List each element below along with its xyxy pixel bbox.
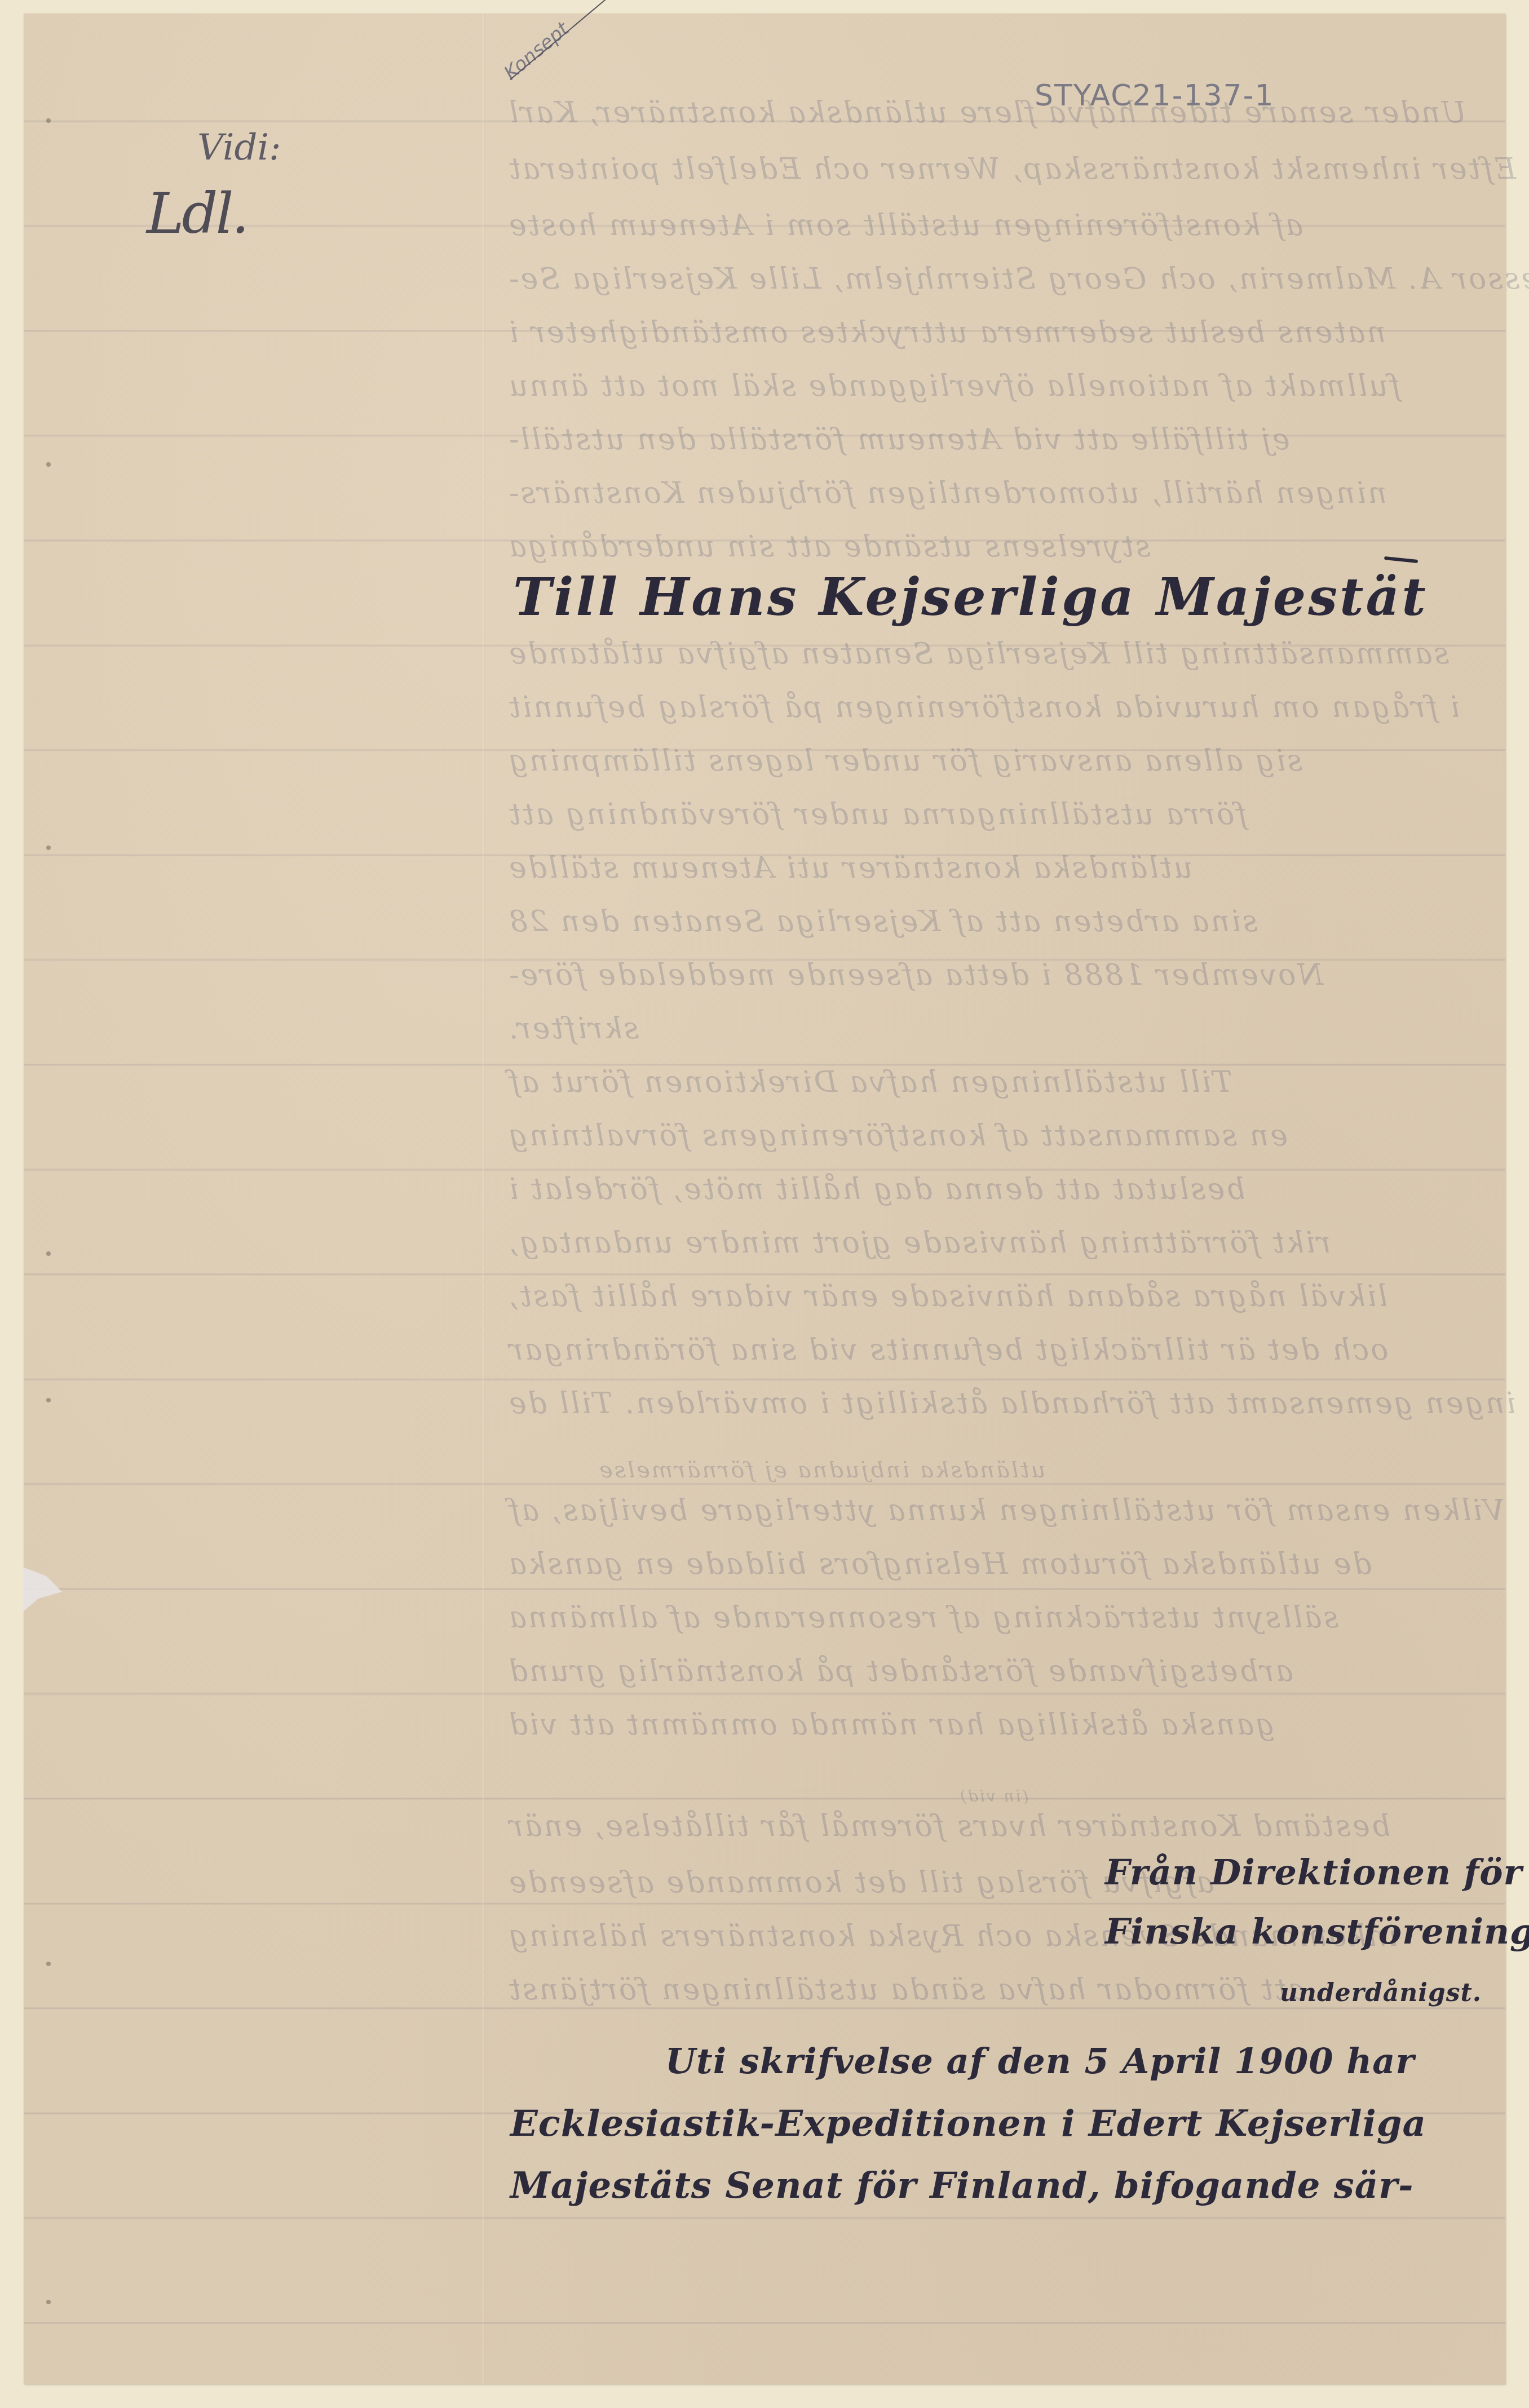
bleed-through-line: rikt förrättning hänvisade gjort mindre … bbox=[507, 1226, 1331, 1260]
bleed-through-line: ingen gemensamt att förhandla åtskilligt… bbox=[507, 1387, 1515, 1420]
bleed-through-line: att förmodar hafva sända utställningen f… bbox=[507, 1973, 1306, 2007]
bleed-through-line: sina arbeten att af Kejserliga Senaten d… bbox=[507, 905, 1258, 939]
binding-hole-mark bbox=[46, 1962, 51, 1966]
bleed-through-line: fullmakt af nationella öfverliggande skä… bbox=[507, 369, 1400, 403]
bleed-through-line: (in vid) bbox=[958, 1787, 1028, 1805]
sender-line-3: underdånigst. bbox=[1280, 1978, 1482, 2007]
bleed-through-line: arbetsgifvande förståndet på konstnärlig… bbox=[507, 1654, 1293, 1688]
bleed-through-line: sammansättning till Kejserliga Senaten a… bbox=[507, 637, 1449, 671]
bleed-through-line: utländska konstnärer uti Ateneum ställde bbox=[507, 851, 1192, 885]
bleed-through-line: af konstföreningen utställt som i Ateneu… bbox=[507, 209, 1303, 242]
bleed-through-line: Till utställningen hafva Direktionen för… bbox=[507, 1065, 1232, 1099]
body-line-2: Ecklesiastik-Expeditionen i Edert Kejser… bbox=[510, 2102, 1426, 2145]
bleed-through-line: de utländska förutom Helsingfors bildade… bbox=[507, 1547, 1372, 1581]
bleed-through-line: Under senare tiden hafva flere utländska… bbox=[507, 96, 1466, 130]
binding-hole-mark bbox=[46, 118, 51, 123]
binding-hole-mark bbox=[46, 846, 51, 850]
bleed-through-line: en sammansatt af konstföreningens förval… bbox=[507, 1119, 1288, 1153]
bleed-through-line: förra utställningarna under förevändning… bbox=[507, 798, 1247, 831]
bleed-through-line: likväl några sådana hänvisade enär vidar… bbox=[507, 1280, 1387, 1313]
sender-line-1: Från Direktionen för bbox=[1105, 1852, 1522, 1893]
bleed-through-line: i frågan om huruvida konstföreningen på … bbox=[507, 690, 1460, 724]
bleed-through-line: November 1888 i detta afseende meddelade… bbox=[507, 958, 1323, 992]
binding-hole-mark bbox=[46, 1251, 51, 1256]
bleed-through-line: ej tillfälle att vid Ateneum förställa d… bbox=[507, 423, 1290, 457]
bleed-through-line: professor A. Malmerin, och Georg Stiernh… bbox=[507, 262, 1529, 296]
bleed-through-line: skrifter. bbox=[507, 1012, 639, 1046]
binding-hole-mark bbox=[46, 2300, 51, 2304]
bleed-through-line: och det är tillräckligt befunnits vid si… bbox=[507, 1333, 1389, 1367]
vidi-annotation: Vidi: bbox=[197, 127, 281, 169]
archive-reference: STYAC21-137-1 bbox=[1035, 79, 1275, 113]
binding-hole-mark bbox=[46, 462, 51, 467]
address-line: Till Hans Kejserliga Majestät bbox=[513, 566, 1428, 627]
bleed-through-line: Efter inhemskt konstnärsskap, Werner och… bbox=[507, 152, 1516, 186]
bleed-through-line: ningen härtill, utomordentligen förbjude… bbox=[507, 476, 1387, 510]
bleed-through-line: beslutat att denna dag hållit möte, förd… bbox=[507, 1172, 1245, 1206]
bleed-through-line: utländska inbjudna ej förnärmelse bbox=[598, 1457, 1046, 1483]
body-line-3: Majestäts Senat för Finland, bifogande s… bbox=[510, 2164, 1414, 2207]
bleed-through-line: ganska åtskilliga har nämnda omnämnt att… bbox=[507, 1708, 1275, 1742]
bleed-through-line: styrelsens utsände att sin underdåniga bbox=[507, 530, 1151, 564]
bleed-through-line: sig allena ansvarig för under lagens til… bbox=[507, 744, 1302, 778]
bleed-through-line: bestämd Konstnärer hvars föremål får til… bbox=[507, 1809, 1390, 1843]
initials-signature: Ldl. bbox=[147, 180, 247, 246]
bleed-through-line: Vilken ensam för utställningen kunna ytt… bbox=[507, 1494, 1505, 1528]
page-fold-crease bbox=[483, 14, 485, 2384]
sender-line-2: Finska konstföreningen bbox=[1105, 1911, 1529, 1952]
bleed-through-line: natens beslut sedermera uttrycktes omstä… bbox=[507, 316, 1386, 349]
bleed-through-line: sällsynt utsträckning af resonnerande af… bbox=[507, 1601, 1338, 1635]
binding-hole-mark bbox=[46, 1398, 51, 1402]
body-line-1: Uti skrifvelse af den 5 April 1900 har bbox=[665, 2040, 1415, 2082]
